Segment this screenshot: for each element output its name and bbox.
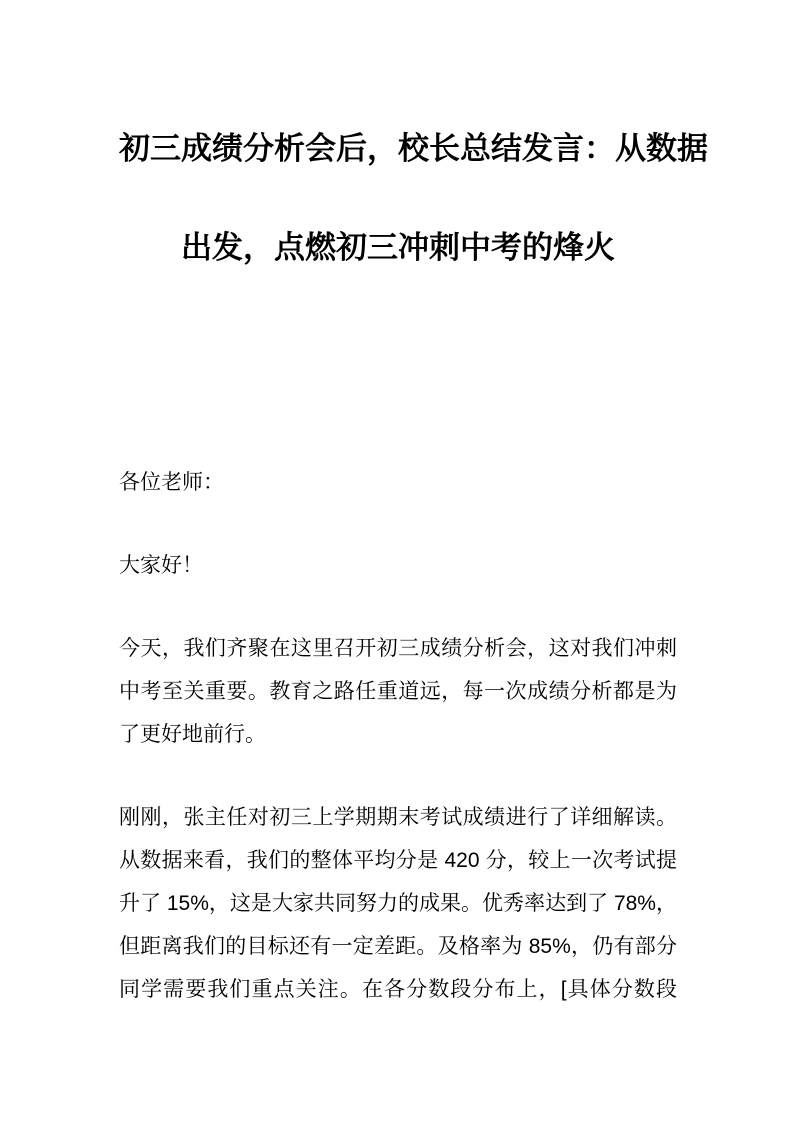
paragraph-line: 从数据来看，我们的整体平均分是 420 分，较上一次考试提 [119, 839, 677, 882]
paragraph: 刚刚，张主任对初三上学期期末考试成绩进行了详细解读。从数据来看，我们的整体平均分… [119, 796, 677, 1011]
paragraph-line: 各位老师： [119, 461, 677, 504]
paragraph-line: 中考至关重要。教育之路任重道远，每一次成绩分析都是为 [119, 670, 677, 713]
document-page: 初三成绩分析会后，校长总结发言：从数据 出发，点燃初三冲刺中考的烽火 各位老师：… [0, 0, 793, 1122]
paragraph-line: 今天，我们齐聚在这里召开初三成绩分析会，这对我们冲刺 [119, 627, 677, 670]
paragraph-line: 了更好地前行。 [119, 713, 677, 756]
paragraph-line: 但距离我们的目标还有一定差距。及格率为 85%，仍有部分 [119, 925, 677, 968]
paragraph-line: 刚刚，张主任对初三上学期期末考试成绩进行了详细解读。 [119, 796, 677, 839]
document-content: 初三成绩分析会后，校长总结发言：从数据 出发，点燃初三冲刺中考的烽火 各位老师：… [119, 0, 677, 1051]
paragraph-line: 同学需要我们重点关注。在各分数段分布上，[具体分数段 [119, 968, 677, 1011]
paragraph: 各位老师： [119, 461, 677, 504]
paragraph-line: 升了 15%，这是大家共同努力的成果。优秀率达到了 78%， [119, 882, 677, 925]
paragraph: 大家好！ [119, 544, 677, 587]
document-body: 各位老师：大家好！今天，我们齐聚在这里召开初三成绩分析会，这对我们冲刺中考至关重… [119, 461, 677, 1011]
title-line-1: 初三成绩分析会后，校长总结发言：从数据 [119, 99, 677, 198]
paragraph: 今天，我们齐聚在这里召开初三成绩分析会，这对我们冲刺中考至关重要。教育之路任重道… [119, 627, 677, 756]
title-line-2: 出发，点燃初三冲刺中考的烽火 [119, 198, 677, 297]
document-title: 初三成绩分析会后，校长总结发言：从数据 出发，点燃初三冲刺中考的烽火 [119, 99, 677, 297]
paragraph-line: 大家好！ [119, 544, 677, 587]
